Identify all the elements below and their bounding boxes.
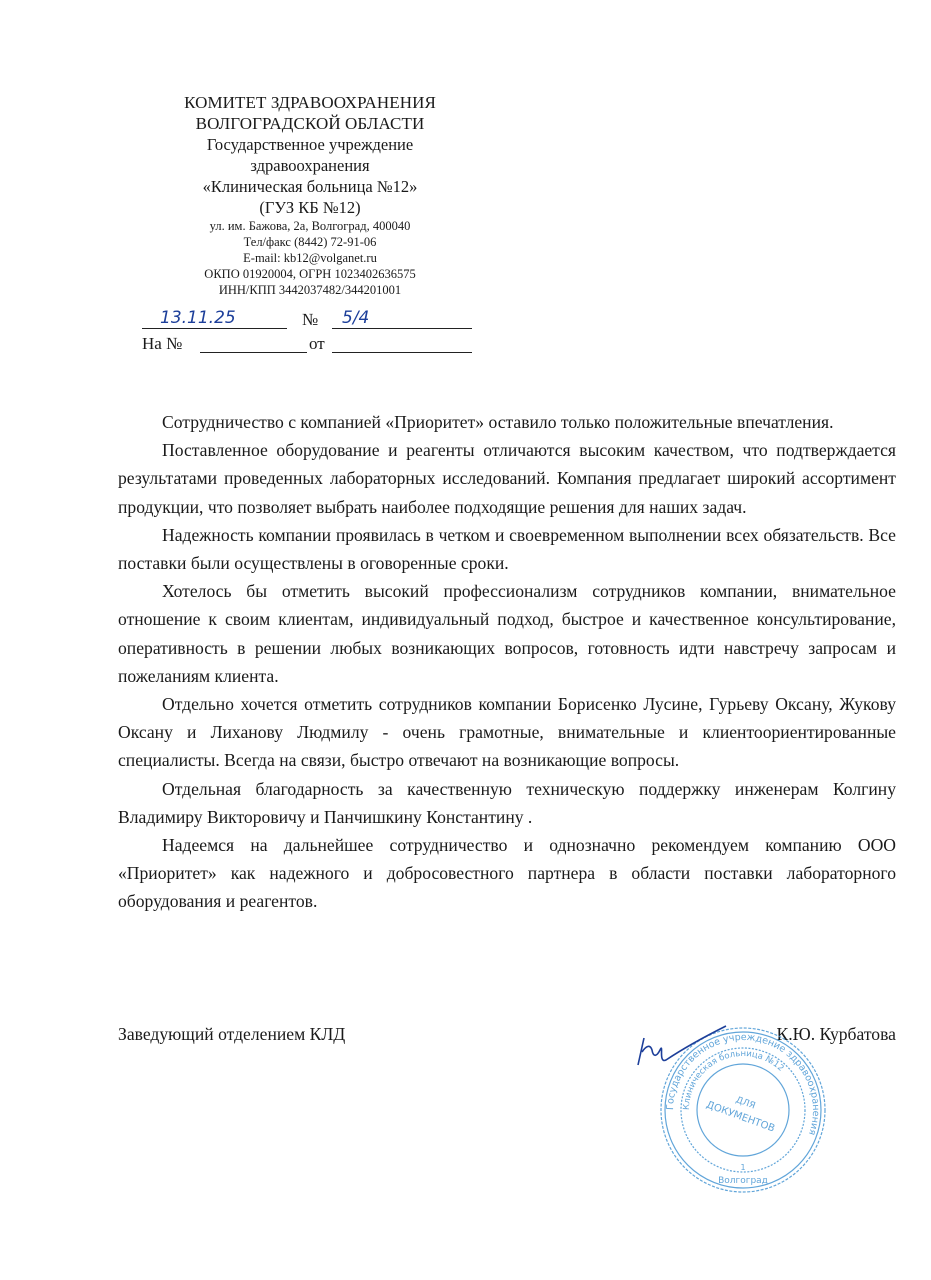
registration-block: 13.11.25 № 5/4 На № от [142,306,472,354]
address: ул. им. Бажова, 2а, Волгоград, 400040 [140,218,480,234]
email: E-mail: kb12@volganet.ru [140,250,480,266]
from-label: от [309,334,325,354]
letter-body: Сотрудничество с компанией «Приоритет» о… [118,408,896,916]
committee-name-line2: ВОЛГОГРАДСКОЙ ОБЛАСТИ [140,113,480,134]
paragraph: Отдельно хочется отметить сотрудников ко… [118,690,896,775]
institution-line1: Государственное учреждение [140,134,480,155]
paragraph: Поставленное оборудование и реагенты отл… [118,436,896,521]
paragraph: Отдельная благодарность за качественную … [118,775,896,831]
svg-text:1: 1 [740,1163,745,1172]
letterhead: КОМИТЕТ ЗДРАВООХРАНЕНИЯ ВОЛГОГРАДСКОЙ ОБ… [140,92,480,298]
paragraph: Хотелось бы отметить высокий профессиона… [118,577,896,690]
paragraph: Надеемся на дальнейшее сотрудничество и … [118,831,896,916]
number-field: 5/4 [332,306,472,329]
signer-position: Заведующий отделением КЛД [118,1024,345,1045]
institution-line2: здравоохранения [140,155,480,176]
date-value: 13.11.25 [160,308,236,328]
incoming-row: На № от [142,330,472,354]
svg-text:Волгоград: Волгоград [718,1176,768,1186]
handwritten-signature-icon [618,1020,728,1080]
registry-codes: ОКПО 01920004, ОГРН 1023402636575 [140,266,480,282]
paragraph: Надежность компании проявилась в четком … [118,521,896,577]
committee-name-line1: КОМИТЕТ ЗДРАВООХРАНЕНИЯ [140,92,480,113]
institution-abbrev: (ГУЗ КБ №12) [140,197,480,218]
ref-field [200,330,307,353]
svg-text:ДЛЯ: ДЛЯ [734,1095,756,1111]
from-field [332,330,472,353]
number-value: 5/4 [342,308,369,328]
outgoing-row: 13.11.25 № 5/4 [142,306,472,330]
institution-line3: «Клиническая больница №12» [140,176,480,197]
number-label: № [302,310,318,330]
date-field: 13.11.25 [142,306,287,329]
ref-label: На № [142,334,182,354]
paragraph: Сотрудничество с компанией «Приоритет» о… [118,408,896,436]
phone: Тел/факс (8442) 72-91-06 [140,234,480,250]
tax-ids: ИНН/КПП 3442037482/344201001 [140,282,480,298]
